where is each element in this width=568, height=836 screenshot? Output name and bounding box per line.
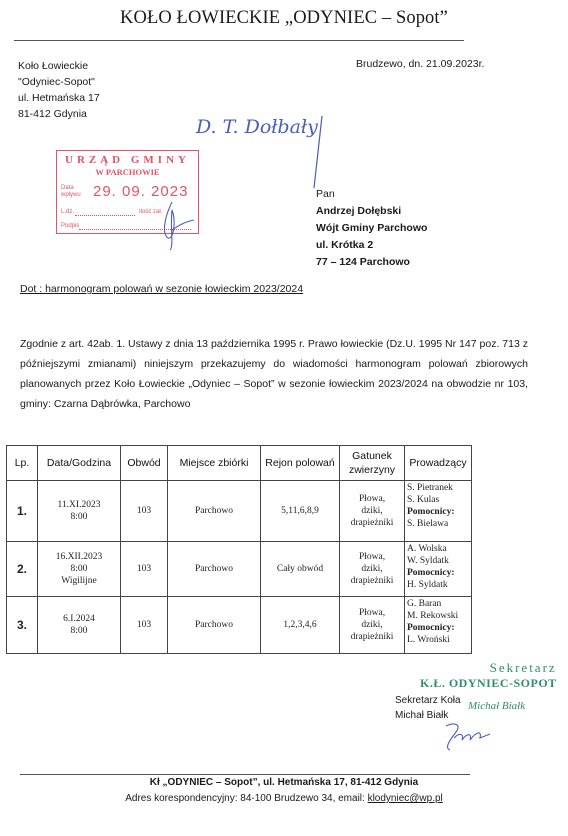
col-lp: Lp. bbox=[7, 446, 38, 481]
recipient-line: Wójt Gminy Parchowo bbox=[316, 220, 427, 237]
footer-organization: Kł „ODYNIEC – Sopot”, ul. Hetmańska 17, … bbox=[0, 777, 568, 788]
cell-obwod: 103 bbox=[121, 542, 168, 597]
cell-miejsce: Parchowo bbox=[168, 481, 261, 542]
hunting-schedule-table: Lp. Data/Godzina Obwód Miejsce zbiórki R… bbox=[6, 445, 472, 654]
letter-body: Zgodnie z art. 42ab. 1. Ustawy z dnia 13… bbox=[20, 334, 528, 414]
letterhead-title: KOŁO ŁOWIECKIE „ODYNIEC – Sopot” bbox=[0, 8, 568, 29]
table-row: 2. 16.XII.2023 8:00 Wigilijne 103 Parcho… bbox=[7, 542, 472, 597]
sender-line: "Odyniec-Sopot" bbox=[18, 74, 100, 90]
col-date: Data/Godzina bbox=[38, 446, 121, 481]
handwritten-signature-icon bbox=[440, 718, 500, 754]
handwritten-signature-icon bbox=[158, 200, 198, 252]
sender-address: Koło Łowieckie "Odyniec-Sopot" ul. Hetma… bbox=[18, 58, 100, 122]
recipient-line: ul. Krótka 2 bbox=[316, 237, 427, 254]
cell-rejon: 5,11,6,8,9 bbox=[261, 481, 340, 542]
footer-address: Adres korespondencyjny: 84-100 Brudzewo … bbox=[125, 793, 367, 804]
recipient-line: Andrzej Dołębski bbox=[316, 203, 427, 220]
secretary-stamp: Sekretarz K.Ł. ODYNIEC-SOPOT bbox=[420, 660, 557, 691]
cell-date: 16.XII.2023 8:00 Wigilijne bbox=[38, 542, 121, 597]
letterhead-divider bbox=[14, 40, 464, 41]
stamp-ldz-label: L.dz. bbox=[61, 209, 74, 216]
col-prowadzacy: Prowadzący bbox=[405, 446, 472, 481]
cell-lp: 2. bbox=[7, 542, 38, 597]
table-row: 1. 11.XI.2023 8:00 103 Parchowo 5,11,6,8… bbox=[7, 481, 472, 542]
secretary-stamp-title: Sekretarz bbox=[420, 660, 557, 676]
col-obwod: Obwód bbox=[121, 446, 168, 481]
col-miejsce: Miejsce zbiórki bbox=[168, 446, 261, 481]
signer-role: Sekretarz Koła bbox=[395, 693, 461, 708]
footer-divider bbox=[20, 774, 470, 775]
cell-rejon: Cały obwód bbox=[261, 542, 340, 597]
cell-lp: 3. bbox=[7, 597, 38, 654]
sender-line: ul. Hetmańska 17 bbox=[18, 90, 100, 106]
cell-obwod: 103 bbox=[121, 597, 168, 654]
cell-prowadzacy: G. Baran M. Rekowski Pomocnicy: L. Wrońs… bbox=[405, 597, 472, 654]
handwritten-stroke-icon bbox=[300, 112, 330, 192]
secretary-name-stamp: Michał Białk bbox=[468, 700, 525, 712]
secretary-stamp-org: K.Ł. ODYNIEC-SOPOT bbox=[420, 676, 557, 691]
recipient-address: Pan Andrzej Dołębski Wójt Gminy Parchowo… bbox=[316, 186, 427, 271]
recipient-line: Pan bbox=[316, 186, 427, 203]
cell-miejsce: Parchowo bbox=[168, 542, 261, 597]
cell-obwod: 103 bbox=[121, 481, 168, 542]
cell-date: 11.XI.2023 8:00 bbox=[38, 481, 121, 542]
cell-prowadzacy: S. Pietranek S. Kulas Pomocnicy: S. Biel… bbox=[405, 481, 472, 542]
cell-gatunek: Płowa, dziki, drapieżniki bbox=[340, 542, 405, 597]
sender-line: Koło Łowieckie bbox=[18, 58, 100, 74]
cell-miejsce: Parchowo bbox=[168, 597, 261, 654]
cell-date: 6.I.2024 8:00 bbox=[38, 597, 121, 654]
cell-gatunek: Płowa, dziki, drapieżniki bbox=[340, 597, 405, 654]
cell-gatunek: Płowa, dziki, drapieżniki bbox=[340, 481, 405, 542]
stamp-date-label: Data wpływu bbox=[61, 185, 81, 199]
col-rejon: Rejon polowań bbox=[261, 446, 340, 481]
stamp-sign-label: Podpis bbox=[61, 223, 79, 230]
stamp-dotted-line bbox=[75, 215, 135, 216]
cell-prowadzacy: A. Wolska W. Syldatk Pomocnicy: H. Sylda… bbox=[405, 542, 472, 597]
cell-lp: 1. bbox=[7, 481, 38, 542]
col-gatunek: Gatunek zwierzyny bbox=[340, 446, 405, 481]
footer-contact: Adres korespondencyjny: 84-100 Brudzewo … bbox=[0, 793, 568, 804]
letter-date: Brudzewo, dn. 21.09.2023r. bbox=[356, 58, 484, 70]
table-header-row: Lp. Data/Godzina Obwód Miejsce zbiórki R… bbox=[7, 446, 472, 481]
table-row: 3. 6.I.2024 8:00 103 Parchowo 1,2,3,4,6 … bbox=[7, 597, 472, 654]
letter-subject: Dot : harmonogram polowań w sezonie łowi… bbox=[20, 283, 303, 295]
cell-rejon: 1,2,3,4,6 bbox=[261, 597, 340, 654]
recipient-line: 77 – 124 Parchowo bbox=[316, 254, 427, 271]
stamp-office: URZĄD GMINY bbox=[57, 154, 198, 166]
stamp-location: W PARCHOWIE bbox=[57, 167, 198, 177]
stamp-date: 29. 09. 2023 bbox=[93, 183, 188, 200]
footer-email-link[interactable]: klodyniec@wp.pl bbox=[368, 793, 443, 804]
sender-line: 81-412 Gdynia bbox=[18, 106, 100, 122]
